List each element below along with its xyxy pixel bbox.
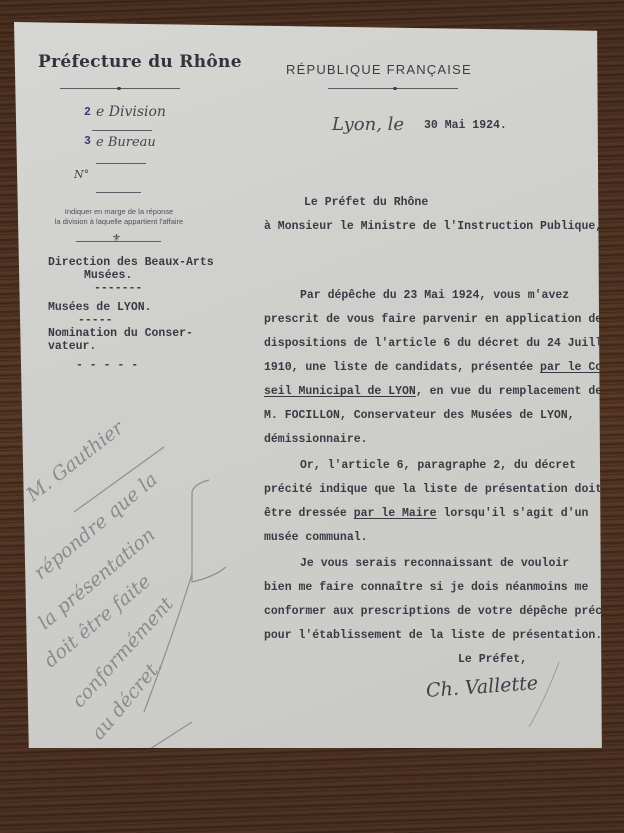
pencil-strokes-icon [14, 22, 606, 748]
letter-paper: Préfecture du Rhône 2 e Division 3 e Bur… [14, 22, 606, 748]
